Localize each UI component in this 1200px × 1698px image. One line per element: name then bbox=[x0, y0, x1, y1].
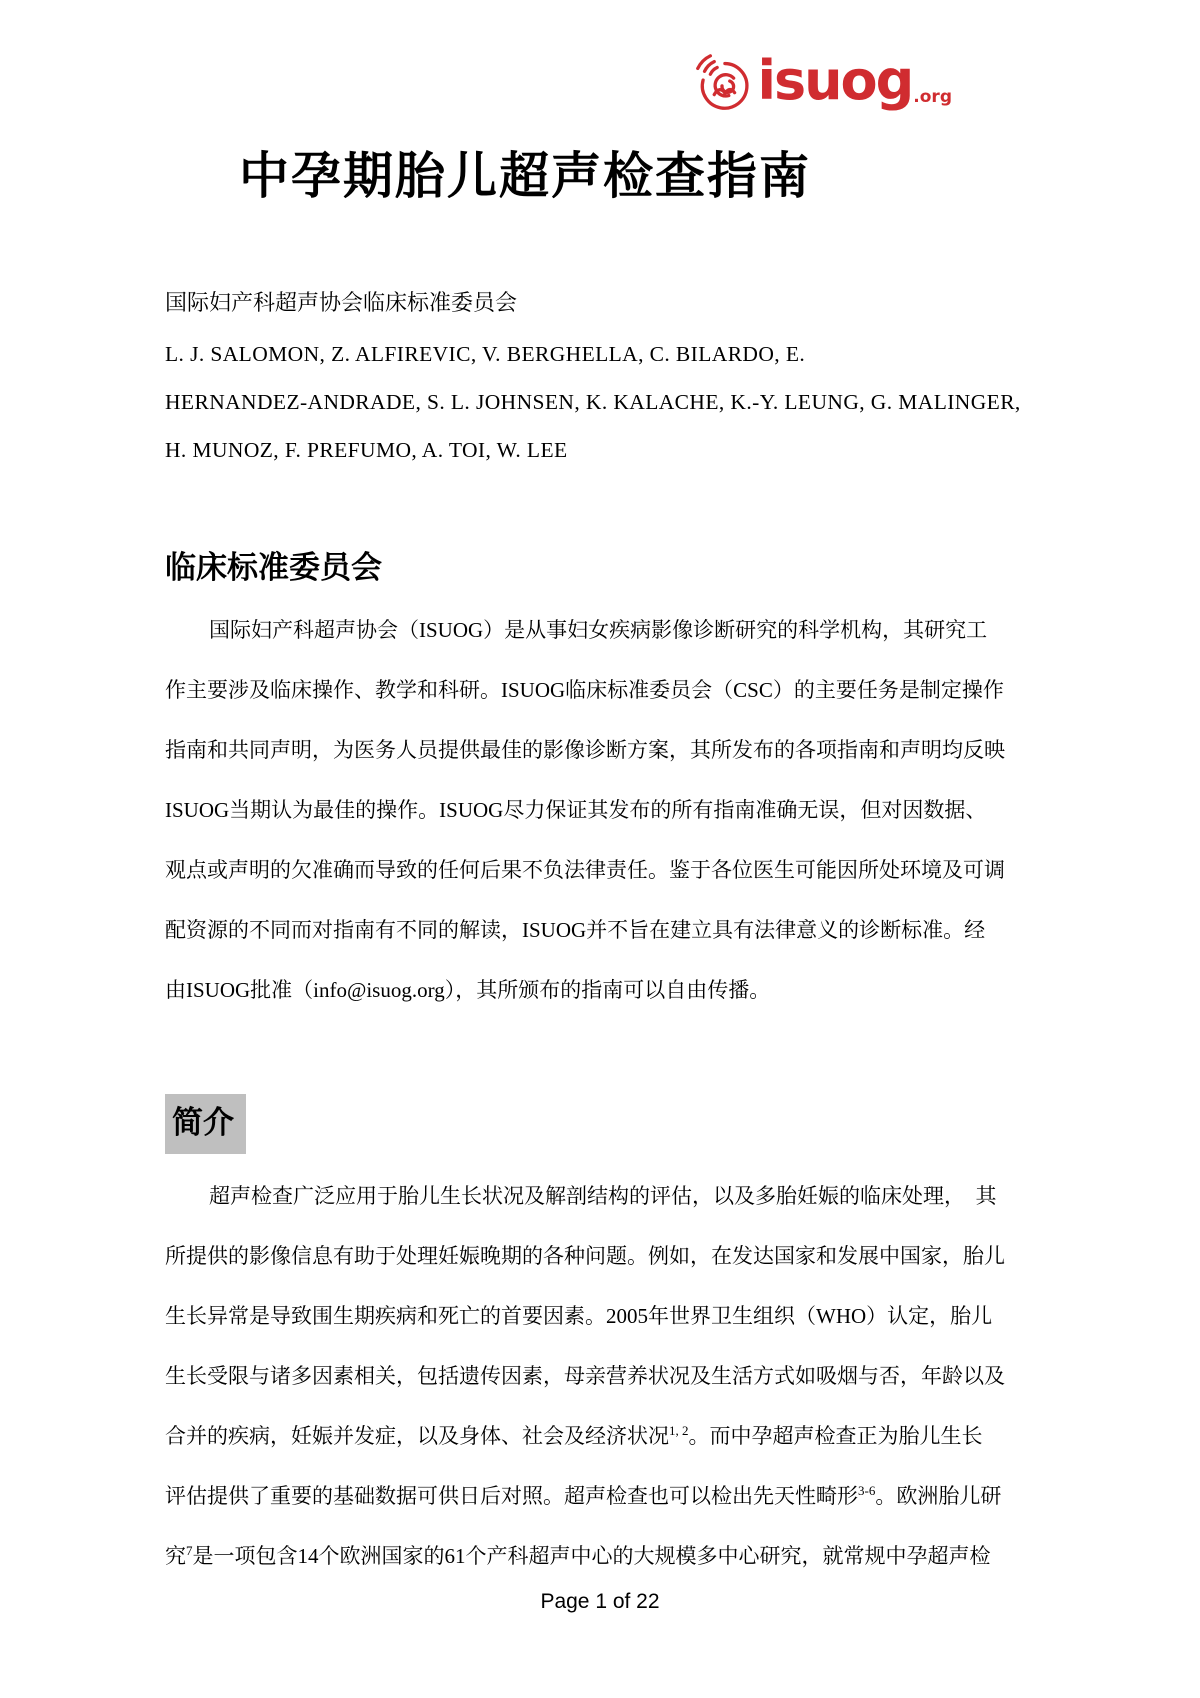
logo-row: isuog .org bbox=[165, 0, 1035, 114]
text-segment: 究 bbox=[165, 1544, 186, 1568]
author-line: HERNANDEZ-ANDRADE, S. L. JOHNSEN, K. KAL… bbox=[165, 378, 1035, 426]
text-segment: 评估提供了重要的基础数据可供日后对照。超声检查也可以检出先天性畸形 bbox=[165, 1484, 858, 1508]
paragraph-line: 配资源的不同而对指南有不同的解读，ISUOG并不旨在建立具有法律意义的诊断标准。… bbox=[165, 900, 1035, 960]
text-segment: 生长异常是导致围生期疾病和死亡的首要因素。2005年世界卫生组织（WHO）认定，… bbox=[165, 1304, 992, 1328]
text-segment: 国际妇产科超声协会（ISUOG）是从事妇女疾病影像诊断研究的科学机构，其研究工 bbox=[209, 618, 987, 642]
paragraph-csc: 国际妇产科超声协会（ISUOG）是从事妇女疾病影像诊断研究的科学机构，其研究工作… bbox=[165, 600, 1035, 1020]
author-line: L. J. SALOMON, Z. ALFIREVIC, V. BERGHELL… bbox=[165, 330, 1035, 378]
author-line: H. MUNOZ, F. PREFUMO, A. TOI, W. LEE bbox=[165, 426, 1035, 474]
text-segment: 合并的疾病，妊娠并发症，以及身体、社会及经济状况 bbox=[165, 1424, 669, 1448]
paragraph-line: 观点或声明的欠准确而导致的任何后果不负法律责任。鉴于各位医生可能因所处环境及可调 bbox=[165, 840, 1035, 900]
paragraph-line: 指南和共同声明，为医务人员提供最佳的影像诊断方案，其所发布的各项指南和声明均反映 bbox=[165, 720, 1035, 780]
text-segment: 生长受限与诸多因素相关，包括遗传因素，母亲营养状况及生活方式如吸烟与否，年龄以及 bbox=[165, 1364, 1005, 1388]
page-content: isuog .org 中孕期胎儿超声检查指南 国际妇产科超声协会临床标准委员会 … bbox=[0, 0, 1200, 1616]
isuog-logo: isuog .org bbox=[690, 50, 952, 114]
committee-line: 国际妇产科超声协会临床标准委员会 bbox=[165, 288, 1035, 318]
paragraph-line: 生长异常是导致围生期疾病和死亡的首要因素。2005年世界卫生组织（WHO）认定，… bbox=[165, 1286, 1035, 1346]
paragraph-line: 作主要涉及临床操作、教学和科研。ISUOG临床标准委员会（CSC）的主要任务是制… bbox=[165, 660, 1035, 720]
paragraph-line: 由ISUOG批准（info@isuog.org），其所颁布的指南可以自由传播。 bbox=[165, 960, 1035, 1020]
paragraph-line: 所提供的影像信息有助于处理妊娠晚期的各种问题。例如，在发达国家和发展中国家，胎儿 bbox=[165, 1226, 1035, 1286]
section-heading-text: 临床标准委员会 bbox=[165, 550, 382, 585]
author-list: L. J. SALOMON, Z. ALFIREVIC, V. BERGHELL… bbox=[165, 330, 1035, 474]
document-title: 中孕期胎儿超声检查指南 bbox=[165, 140, 1035, 212]
text-segment: 观点或声明的欠准确而导致的任何后果不负法律责任。鉴于各位医生可能因所处环境及可调 bbox=[165, 858, 1005, 882]
paragraph-line: 国际妇产科超声协会（ISUOG）是从事妇女疾病影像诊断研究的科学机构，其研究工 bbox=[165, 600, 1035, 660]
text-segment: 由ISUOG批准（info@isuog.org），其所颁布的指南可以自由传播。 bbox=[165, 978, 770, 1002]
section-heading-csc: 临床标准委员会 bbox=[165, 548, 1035, 588]
section-heading-intro: 简介 bbox=[165, 1094, 1035, 1154]
text-segment: 作主要涉及临床操作、教学和科研。ISUOG临床标准委员会（CSC）的主要任务是制… bbox=[165, 678, 1004, 702]
paragraph-intro: 超声检查广泛应用于胎儿生长状况及解剖结构的评估，以及多胎妊娠的临床处理， 其所提… bbox=[165, 1166, 1035, 1586]
text-segment: 是一项包含14个欧洲国家的61个产科超声中心的大规模多中心研究，就常规中孕超声检 bbox=[193, 1544, 991, 1568]
paragraph-line: ISUOG当期认为最佳的操作。ISUOG尽力保证其发布的所有指南准确无误，但对因… bbox=[165, 780, 1035, 840]
paragraph-line: 究7是一项包含14个欧洲国家的61个产科超声中心的大规模多中心研究，就常规中孕超… bbox=[165, 1526, 1035, 1586]
text-segment: 配资源的不同而对指南有不同的解读，ISUOG并不旨在建立具有法律意义的诊断标准。… bbox=[165, 918, 985, 942]
isuog-fetus-icon bbox=[690, 50, 754, 114]
reference-superscript: 3-6 bbox=[858, 1483, 875, 1498]
text-segment: 所提供的影像信息有助于处理妊娠晚期的各种问题。例如，在发达国家和发展中国家，胎儿 bbox=[165, 1244, 1005, 1268]
paragraph-line: 评估提供了重要的基础数据可供日后对照。超声检查也可以检出先天性畸形3-6。欧洲胎… bbox=[165, 1466, 1035, 1526]
text-segment: 指南和共同声明，为医务人员提供最佳的影像诊断方案，其所发布的各项指南和声明均反映 bbox=[165, 738, 1005, 762]
paragraph-line: 合并的疾病，妊娠并发症，以及身体、社会及经济状况1, 2。而中孕超声检查正为胎儿… bbox=[165, 1406, 1035, 1466]
paragraph-line: 生长受限与诸多因素相关，包括遗传因素，母亲营养状况及生活方式如吸烟与否，年龄以及 bbox=[165, 1346, 1035, 1406]
text-segment: 超声检查广泛应用于胎儿生长状况及解剖结构的评估，以及多胎妊娠的临床处理， 其 bbox=[209, 1184, 997, 1208]
logo-brand-text: isuog bbox=[757, 50, 912, 112]
text-segment: ISUOG当期认为最佳的操作。ISUOG尽力保证其发布的所有指南准确无误，但对因… bbox=[165, 798, 986, 822]
text-segment: 。欧洲胎儿研 bbox=[875, 1484, 1001, 1508]
section-heading-text: 简介 bbox=[165, 1094, 246, 1154]
logo-org-suffix: .org bbox=[913, 87, 952, 107]
text-segment: 。而中孕超声检查正为胎儿生长 bbox=[689, 1424, 983, 1448]
paragraph-line: 超声检查广泛应用于胎儿生长状况及解剖结构的评估，以及多胎妊娠的临床处理， 其 bbox=[165, 1166, 1035, 1226]
reference-superscript: 1, 2 bbox=[669, 1423, 689, 1438]
document-page: isuog .org 中孕期胎儿超声检查指南 国际妇产科超声协会临床标准委员会 … bbox=[0, 0, 1200, 1698]
page-number-footer: Page 1 of 22 bbox=[165, 1588, 1035, 1616]
